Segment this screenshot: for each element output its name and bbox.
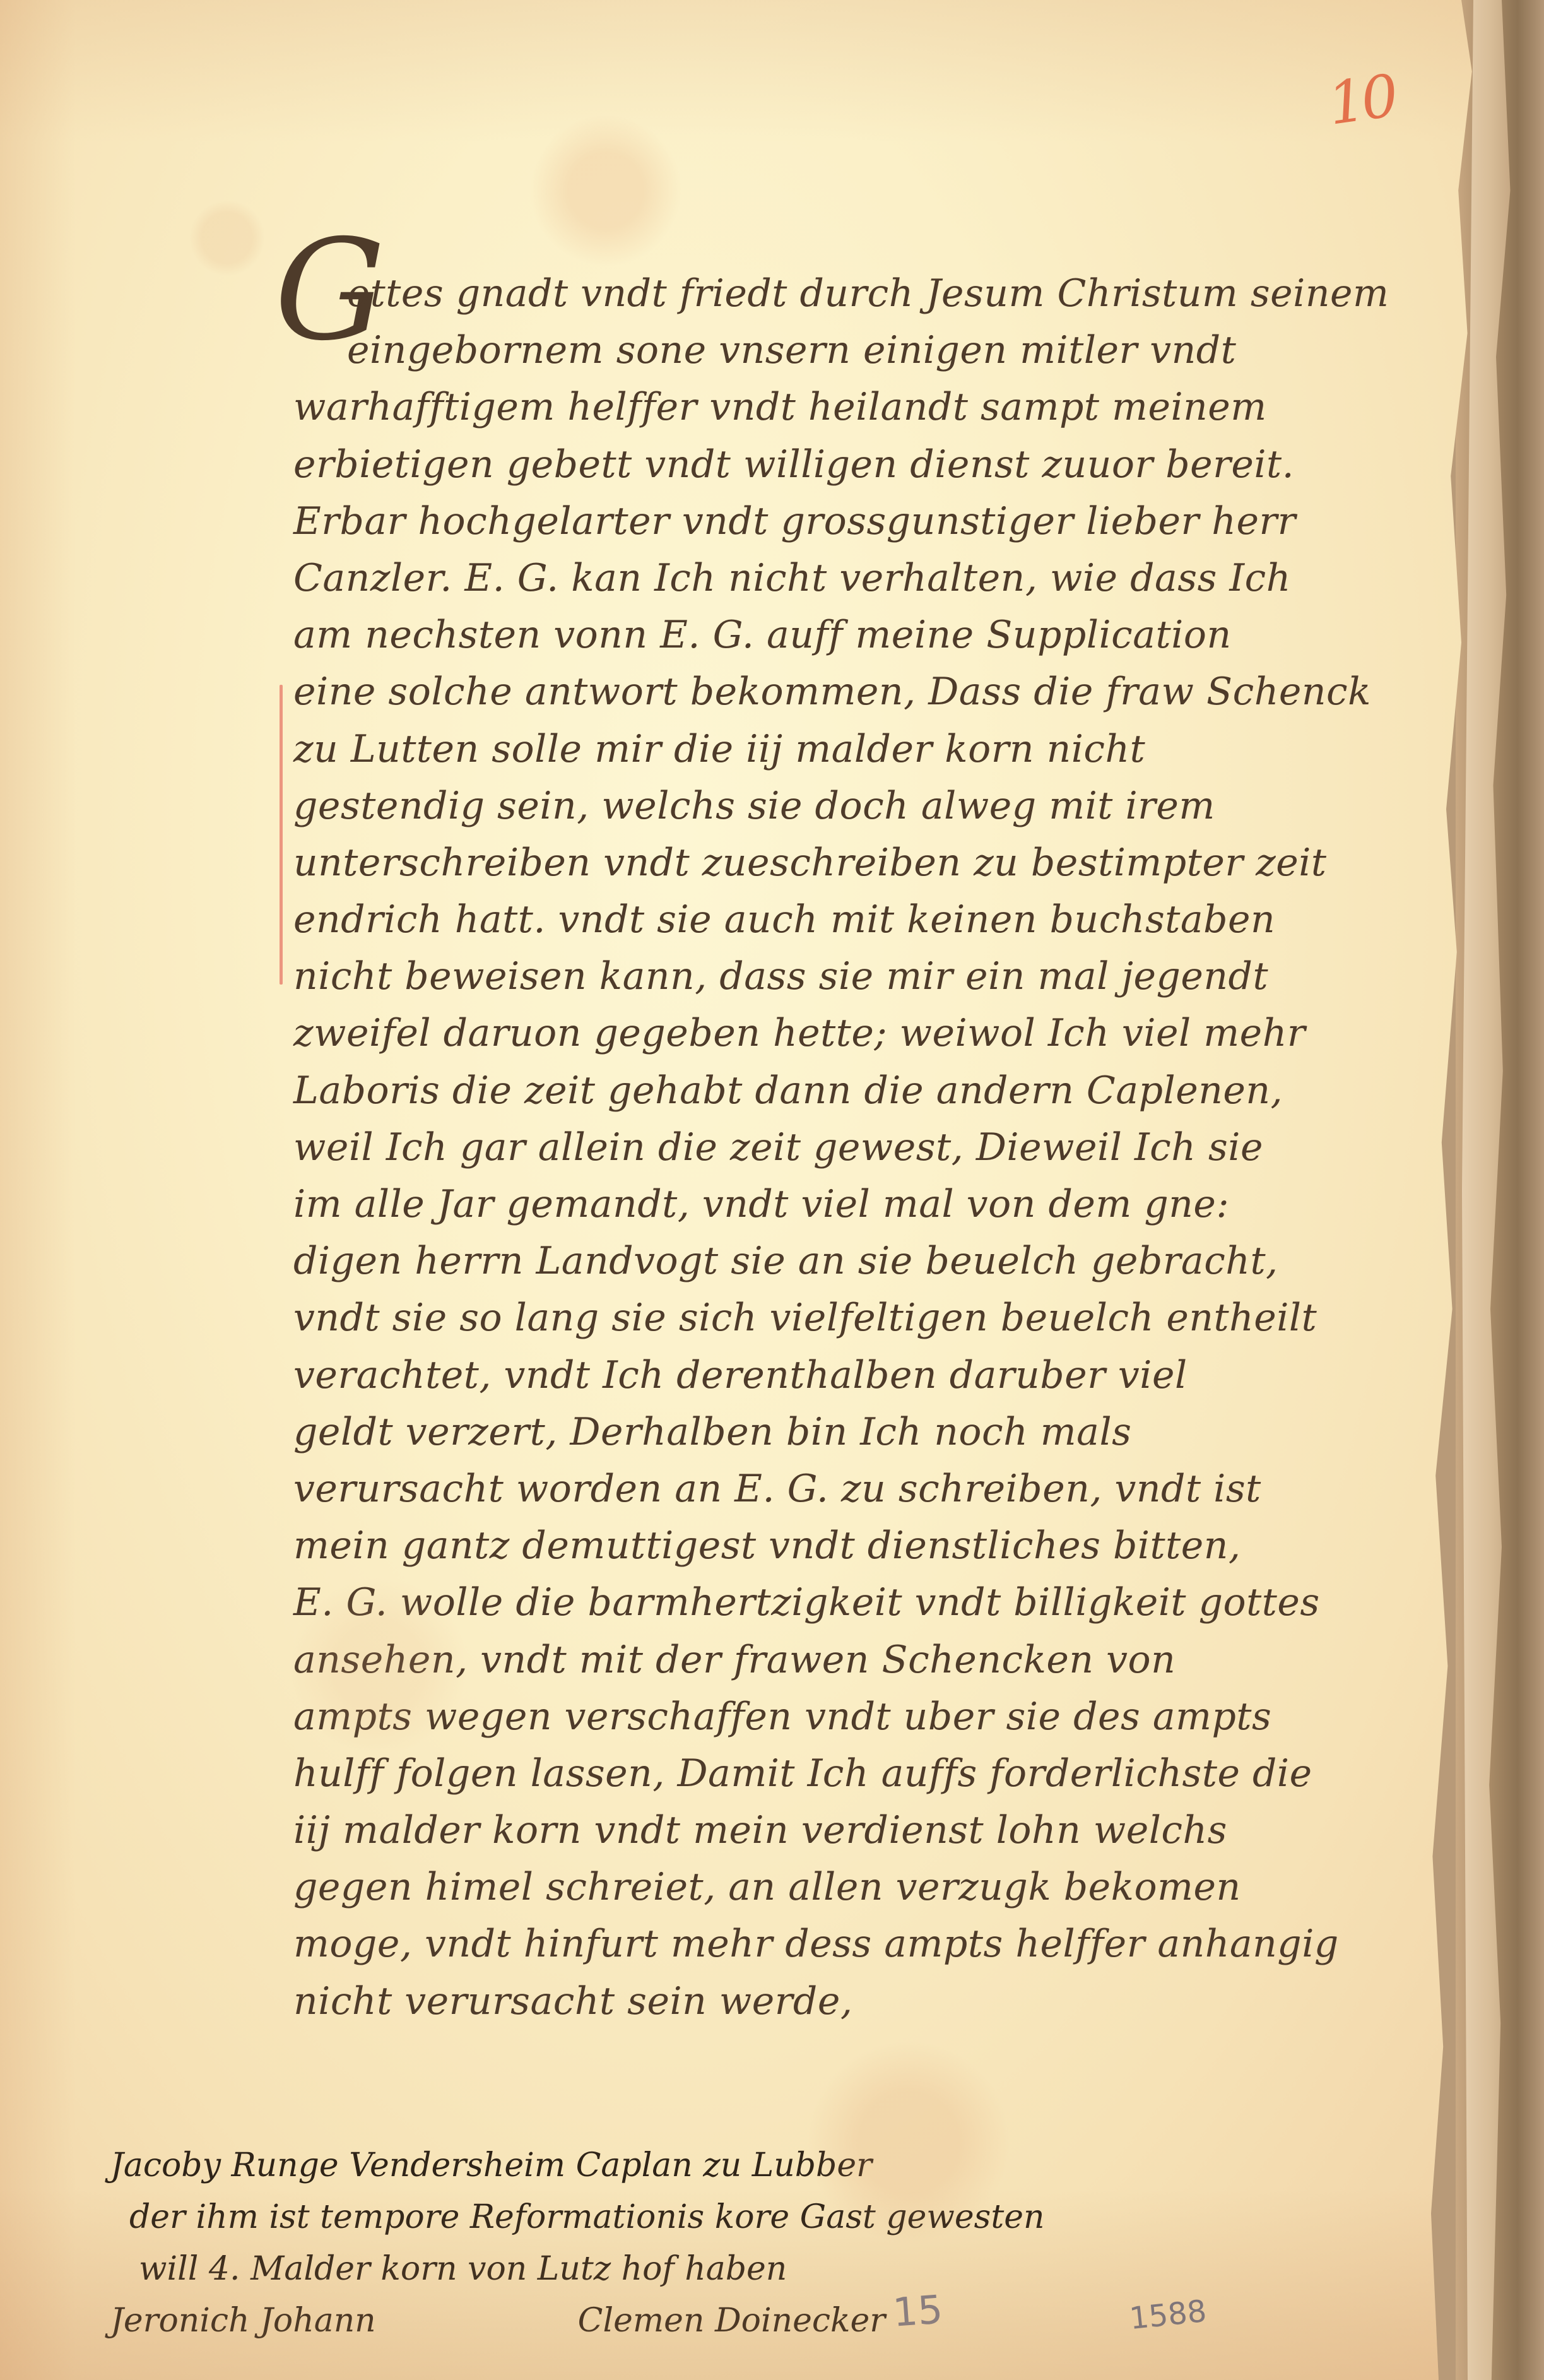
letter-line: nicht verursacht sein werde, xyxy=(265,1973,1514,2030)
letter-body: ottes gnadt vndt friedt durch Jesum Chri… xyxy=(265,265,1514,2030)
letter-line: gestendig sein, welchs sie doch alweg mi… xyxy=(265,778,1514,834)
letter-line: verursacht worden an E. G. zu schreiben,… xyxy=(265,1460,1514,1517)
archival-note: Jacoby Runge Vendersheim Caplan zu Lubbe… xyxy=(110,2140,1246,2347)
pencil-number: 15 xyxy=(892,2286,945,2335)
signature-name: Clemen Doinecker xyxy=(578,2302,885,2340)
letter-line: Canzler. E. G. kan Ich nicht verhalten, … xyxy=(265,550,1514,607)
letter-line: ansehen, vndt mit der frawen Schencken v… xyxy=(265,1631,1514,1688)
letter-line: erbietigen gebett vndt willigen dienst z… xyxy=(265,436,1514,493)
note-line: will 4. Malder korn von Lutz hof haben xyxy=(110,2243,1246,2295)
letter-line: E. G. wolle die barmhertzigkeit vndt bil… xyxy=(265,1574,1514,1631)
letter-line: eine solche antwort bekommen, Dass die f… xyxy=(265,663,1514,720)
note-signatures: Jeronich JohannClemen Doinecker xyxy=(110,2295,1246,2347)
manuscript-page: 10 G ottes gnadt vndt friedt durch Jesum… xyxy=(0,0,1514,2380)
letter-line: mein gantz demuttigest vndt dienstliches… xyxy=(265,1517,1514,1574)
letter-line: am nechsten vonn E. G. auff meine Suppli… xyxy=(265,607,1514,663)
letter-line: vndt sie so lang sie sich vielfeltigen b… xyxy=(265,1289,1514,1346)
note-line: der ihm ist tempore Reformationis kore G… xyxy=(110,2191,1246,2243)
letter-line: zu Lutten solle mir die iij malder korn … xyxy=(265,721,1514,778)
letter-line: endrich hatt. vndt sie auch mit keinen b… xyxy=(265,891,1514,948)
letter-line: geldt verzert, Derhalben bin Ich noch ma… xyxy=(265,1404,1514,1460)
letter-line: Erbar hochgelarter vndt grossgunstiger l… xyxy=(265,493,1514,550)
letter-line: digen herrn Landvogt sie an sie beuelch … xyxy=(265,1233,1514,1289)
note-line: Jacoby Runge Vendersheim Caplan zu Lubbe… xyxy=(110,2140,1246,2191)
letter-line: zweifel daruon gegeben hette; weiwol Ich… xyxy=(265,1005,1514,1062)
letter-line: unterschreiben vndt zueschreiben zu best… xyxy=(265,834,1514,891)
letter-line: gegen himel schreiet, an allen verzugk b… xyxy=(265,1859,1514,1915)
letter-line: iij malder korn vndt mein verdienst lohn… xyxy=(265,1802,1514,1859)
signature-name: Jeronich Johann xyxy=(110,2302,376,2340)
letter-line: ampts wegen verschaffen vndt uber sie de… xyxy=(265,1688,1514,1745)
letter-line: Laboris die zeit gehabt dann die andern … xyxy=(265,1062,1514,1119)
letter-line: hulff folgen lassen, Damit Ich auffs for… xyxy=(265,1745,1514,1802)
letter-line: eingebornem sone vnsern einigen mitler v… xyxy=(265,322,1514,379)
letter-line: nicht beweisen kann, dass sie mir ein ma… xyxy=(265,948,1514,1005)
letter-line: moge, vndt hinfurt mehr dess ampts helff… xyxy=(265,1915,1514,1972)
letter-line: weil Ich gar allein die zeit gewest, Die… xyxy=(265,1119,1514,1176)
letter-line: warhafftigem helffer vndt heilandt sampt… xyxy=(265,379,1514,435)
letter-line: im alle Jar gemandt, vndt viel mal von d… xyxy=(265,1176,1514,1233)
folio-number: 10 xyxy=(1324,62,1399,138)
letter-line: ottes gnadt vndt friedt durch Jesum Chri… xyxy=(265,265,1514,322)
letter-line: verachtet, vndt Ich derenthalben daruber… xyxy=(265,1347,1514,1404)
